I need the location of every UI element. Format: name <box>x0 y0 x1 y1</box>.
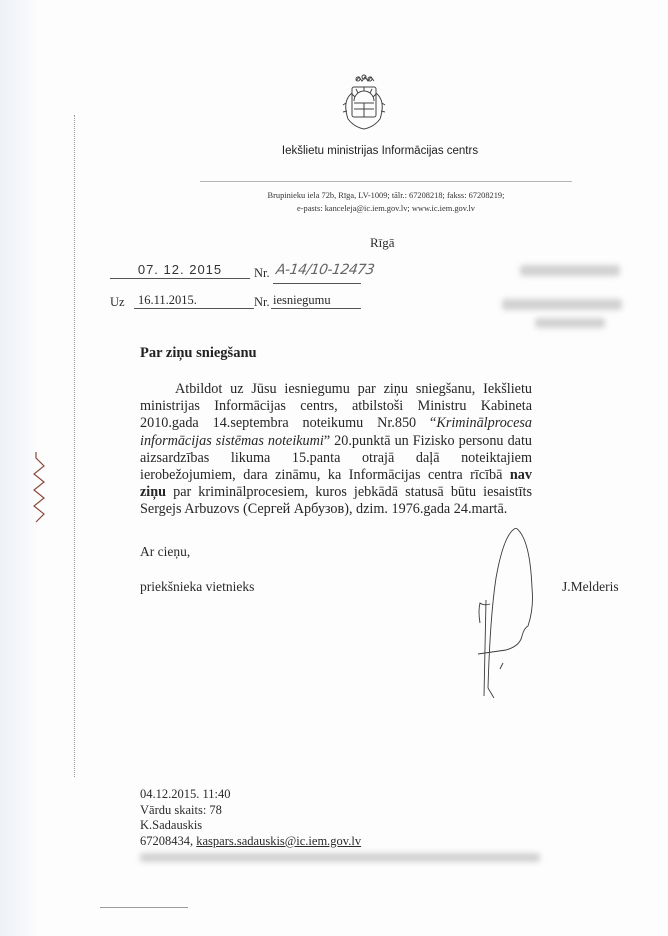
signer-name: J.Melderis <box>562 579 619 595</box>
margin-dotted-line <box>74 115 75 777</box>
author-name: K.Sadauskis <box>140 818 361 834</box>
document-metadata: 04.12.2015. 11:40 Vārdu skaits: 78 K.Sad… <box>140 787 361 849</box>
redacted-recipient-address-2 <box>535 318 605 328</box>
reply-to-number-label: Nr. <box>254 295 270 310</box>
header-divider <box>200 181 572 182</box>
letter-body: Atbildot uz Jūsu iesniegumu par ziņu sni… <box>140 381 532 519</box>
created-timestamp: 04.12.2015. 11:40 <box>140 787 361 803</box>
handwritten-signature-icon <box>440 528 550 698</box>
footer-divider <box>100 907 188 908</box>
closing-greeting: Ar cieņu, <box>140 544 190 560</box>
document-number-label: Nr. <box>254 266 270 281</box>
redacted-footer-line <box>140 853 540 862</box>
author-contact: 67208434, kaspars.sadauskis@ic.iem.gov.l… <box>140 834 361 850</box>
document-number-underline <box>273 283 361 284</box>
author-phone: 67208434, <box>140 834 193 848</box>
body-text-part-3: par kriminālprocesiem, kuros jebkādā sta… <box>140 484 532 517</box>
zigzag-mark-icon <box>30 450 50 530</box>
signer-position: priekšnieka vietnieks <box>140 579 254 595</box>
document-number-handwritten: A-14/10-12473 <box>275 262 375 278</box>
coat-of-arms-icon <box>338 73 390 135</box>
letter-subject: Par ziņu sniegšanu <box>140 345 257 362</box>
reply-to-date: 16.11.2015. <box>134 293 254 309</box>
word-count: Vārdu skaits: 78 <box>140 803 361 819</box>
organization-address: Brupinieku iela 72b, Rīga, LV-1009; tālr… <box>200 189 572 215</box>
organization-name: Iekšlietu ministrijas Informācijas centr… <box>0 145 668 157</box>
city: Rīgā <box>370 235 395 251</box>
reply-to-label: Uz <box>110 295 125 310</box>
address-line: Brupinieku iela 72b, Rīga, LV-1009; tālr… <box>200 189 572 202</box>
author-email-link[interactable]: kaspars.sadauskis@ic.iem.gov.lv <box>196 834 361 848</box>
redacted-recipient-address <box>502 299 622 310</box>
redacted-recipient-name <box>520 265 620 276</box>
document-date-stamp: 07. 12. 2015 <box>110 262 250 279</box>
contact-line: e-pasts: kanceleja@ic.iem.gov.lv; www.ic… <box>200 202 572 215</box>
reply-to-number: iesniegumu <box>271 293 361 309</box>
